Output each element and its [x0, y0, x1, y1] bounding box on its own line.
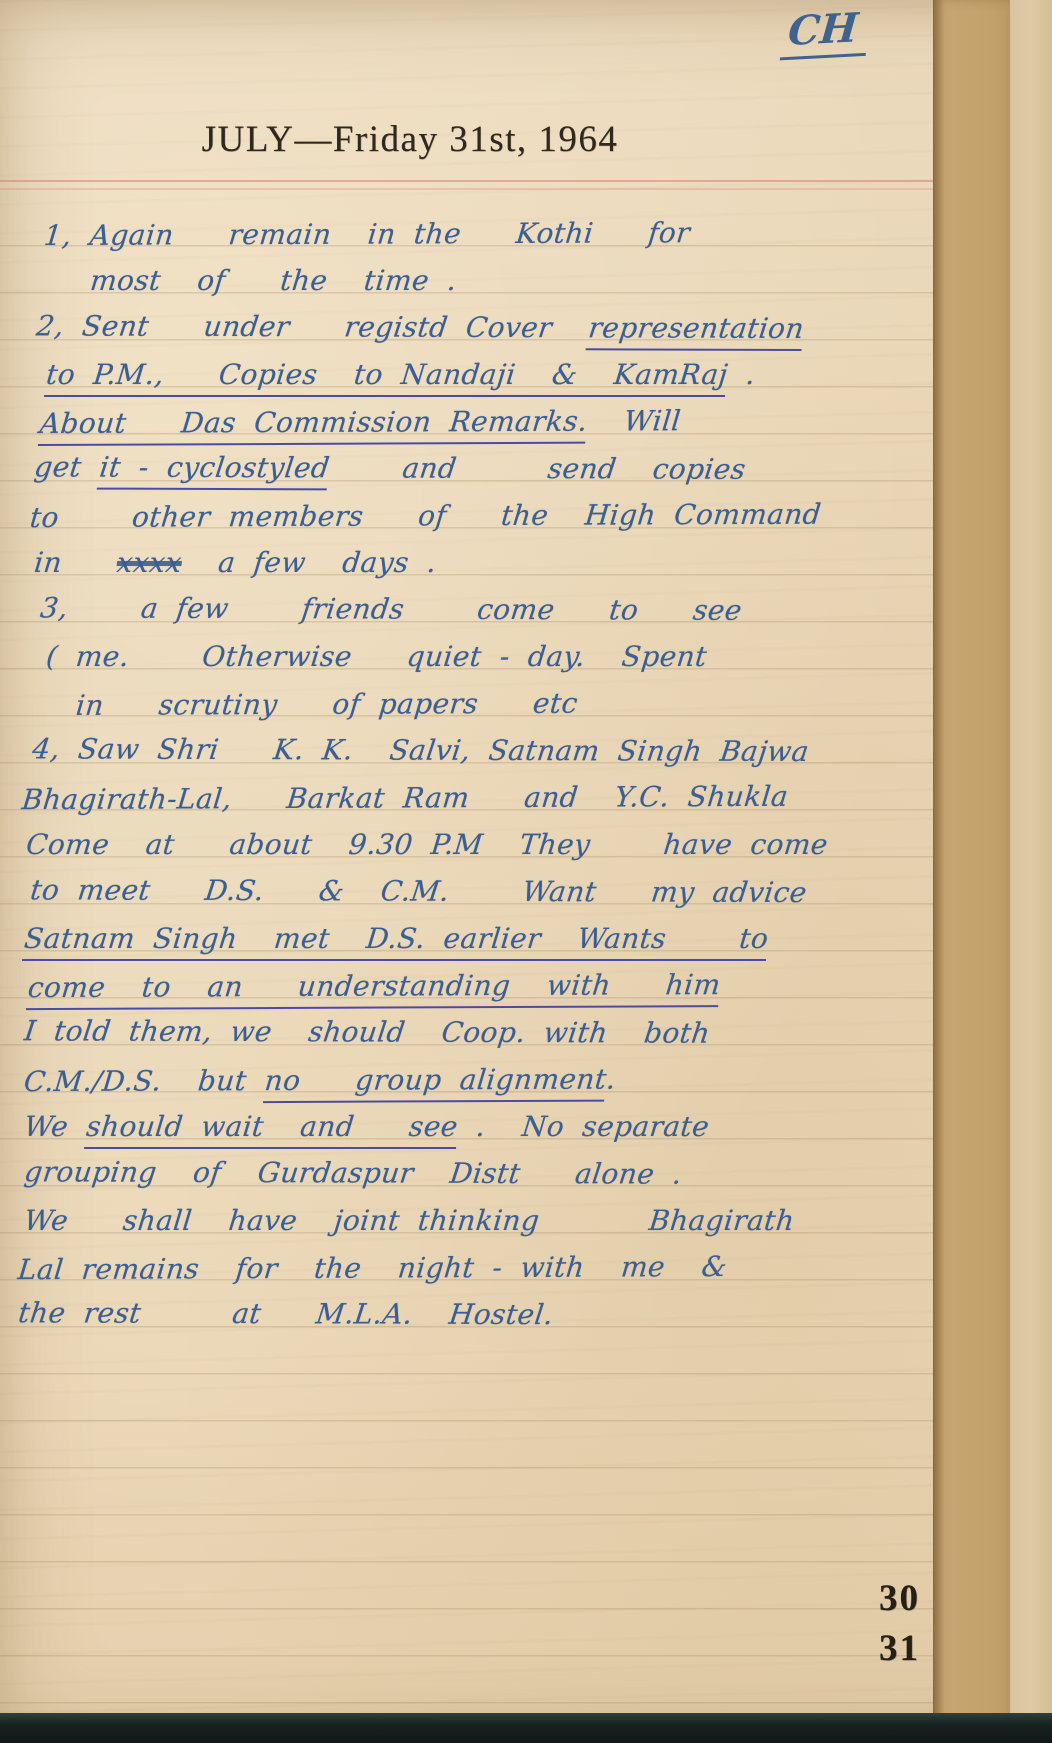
handwritten-text: Bhagirath-Lal, Barkat Ram and Y.C. Shukl…	[20, 780, 789, 816]
diary-page-scan: CH JULY—Friday 31st, 1964 1, Again remai…	[0, 0, 1052, 1743]
handwritten-text: C.M./D.S. but	[22, 1064, 266, 1098]
handwritten-text: a few days .	[180, 546, 438, 579]
handwritten-text: and send copies	[327, 451, 747, 485]
handwriting-line: C.M./D.S. but no group alignment.	[15, 1057, 1004, 1108]
handwritten-text: grouping of Gurdaspur Distt alone .	[23, 1155, 685, 1190]
handwritten-text: 4, Saw Shri K. K. Salvi, Satnam Singh Ba…	[31, 732, 812, 768]
handwritten-text: .	[726, 358, 757, 391]
handwritten-text: to meet D.S. & C.M. Want my advice	[29, 873, 809, 909]
handwriting-line: We should wait and see . No separate	[16, 1106, 1005, 1153]
handwritten-text: We shall have joint thinking Bhagirath	[23, 1204, 797, 1237]
handwriting-line: 2, Sent under registd Cover representati…	[15, 305, 1005, 355]
handwriting-line: to P.M., Copies to Nandaji & KamRaj .	[16, 354, 1005, 401]
handwritten-underlined-text: should wait and see	[84, 1110, 460, 1149]
handwritten-struck-text: xxxx	[115, 546, 183, 579]
handwritten-text: We	[23, 1110, 89, 1143]
page-number-top: 30	[760, 1574, 920, 1624]
outer-page-edge	[1009, 0, 1052, 1743]
handwriting-line: Lal remains for the night - with me &	[15, 1245, 1004, 1296]
handwriting-line: to other members of the High Command	[15, 493, 1004, 544]
handwritten-underlined-text: About Das Commission Remarks.	[38, 405, 589, 446]
handwritten-text: Will	[586, 404, 683, 437]
handwritten-text: the rest at M.L.A. Hostel.	[17, 1296, 556, 1331]
handwriting-line: the rest at M.L.A. Hostel.	[15, 1292, 1005, 1342]
handwritten-text: to other members of the High Command	[28, 498, 822, 534]
handwritten-text: Lal remains for the night - with me &	[16, 1250, 728, 1286]
handwritten-text: most of the time .	[89, 264, 459, 297]
handwriting-line: Satnam Singh met D.S. earlier Wants to	[16, 918, 1005, 965]
handwritten-text: 3, a few friends come to see	[38, 591, 744, 626]
handwritten-underlined-text: Satnam Singh met D.S. earlier Wants to	[22, 922, 770, 961]
handwritten-text: .	[605, 1063, 618, 1096]
handwritten-text: in	[33, 546, 119, 579]
handwriting-line: About Das Commission Remarks. Will	[15, 399, 1004, 450]
handwriting-area: 1, Again remain in the Kothi formost of …	[18, 213, 1002, 1341]
handwritten-underlined-text: to P.M., Copies to Nandaji & KamRaj	[44, 358, 730, 397]
bottom-scan-edge	[0, 1713, 1052, 1743]
handwritten-text: Come at about 9.30 P.M They have come	[25, 828, 830, 861]
handwriting-line: come to an understanding with him	[15, 963, 1004, 1014]
handwritten-text: in scrutiny of papers etc	[74, 687, 579, 722]
handwriting-line: Bhagirath-Lal, Barkat Ram and Y.C. Shukl…	[15, 775, 1004, 826]
handwriting-line: I told them, we should Coop. with both	[15, 1010, 1005, 1060]
printed-header-date: JULY—Friday 31st, 1964	[0, 118, 820, 161]
handwriting-line: 4, Saw Shri K. K. Salvi, Satnam Singh Ba…	[15, 728, 1005, 778]
page-number-bottom: 31	[760, 1624, 920, 1674]
handwritten-text: I told them, we should Coop. with both	[23, 1014, 713, 1049]
handwriting-line: grouping of Gurdaspur Distt alone .	[15, 1151, 1005, 1201]
handwritten-underlined-text: representation	[586, 311, 806, 351]
page-numbers: 30 31	[760, 1574, 920, 1674]
handwritten-text: . No separate	[456, 1110, 711, 1143]
handwriting-line: 1, Again remain in the Kothi for	[15, 211, 1004, 262]
handwriting-line: ( me. Otherwise quiet - day. Spent	[16, 636, 1005, 683]
handwriting-line: to meet D.S. & C.M. Want my advice	[15, 869, 1005, 919]
handwriting-line: in scrutiny of papers etc	[15, 681, 1004, 732]
handwriting-line: 3, a few friends come to see	[15, 587, 1005, 637]
handwritten-text: get	[33, 450, 102, 483]
handwritten-text: 1, Again remain in the Kothi for	[42, 216, 691, 252]
handwriting-line: Come at about 9.30 P.M They have come	[16, 824, 1005, 871]
handwritten-text: ( me. Otherwise quiet - day. Spent	[45, 640, 709, 673]
handwritten-underlined-text: it - cyclostyled	[97, 451, 332, 491]
handwriting-line: most of the time .	[16, 260, 1005, 307]
monogram-initials: CH	[780, 4, 870, 61]
handwriting-line: get it - cyclostyled and send copies	[15, 446, 1005, 496]
handwritten-underlined-text: come to an understanding with him	[26, 968, 722, 1010]
handwriting-line: We shall have joint thinking Bhagirath	[16, 1200, 1005, 1247]
handwritten-underlined-text: no group alignment	[263, 1063, 609, 1103]
header-divider-rule	[0, 180, 952, 190]
handwritten-text: 2, Sent under registd Cover	[35, 309, 591, 344]
handwriting-line: in xxxx a few days .	[16, 542, 1005, 589]
